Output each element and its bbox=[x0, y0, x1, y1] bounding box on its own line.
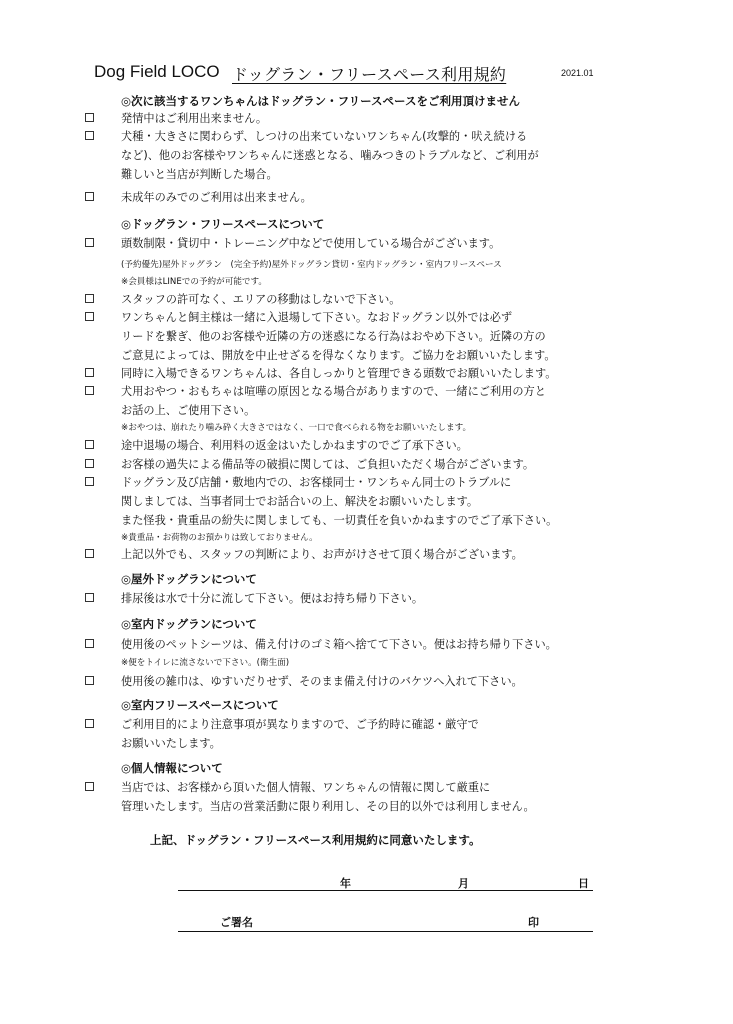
term-text: ご利用目的により注意事項が異なりますので、ご予約時に確認・厳守で bbox=[121, 716, 479, 732]
term-text: ご意見によっては、開放を中止せざるを得なくなります。ご協力をお願いいたします。 bbox=[121, 347, 556, 363]
term-text: 発情中はご利用出来ません。 bbox=[121, 110, 267, 126]
seal-label: 印 bbox=[528, 914, 539, 930]
signature-label: ご署名 bbox=[220, 914, 253, 930]
checkbox[interactable] bbox=[85, 593, 94, 602]
date-line bbox=[178, 890, 593, 891]
revision-date: 2021.01 bbox=[561, 68, 594, 78]
term-text: リードを繋ぎ、他のお客様や近隣の方の迷惑になる行為はおやめ下さい。近隣の方の bbox=[121, 328, 546, 344]
term-text: 関しましては、当事者同士でお話合いの上、解決をお願いいたします。 bbox=[121, 493, 478, 509]
checkbox[interactable] bbox=[85, 440, 94, 449]
term-text: 同時に入場できるワンちゃんは、各自しっかりと管理できる頭数でお願いいたします。 bbox=[121, 365, 556, 381]
term-text: ワンちゃんと飼主様は一緒に入退場して下さい。なおドッグラン以外では必ず bbox=[121, 309, 512, 325]
term-text: お願いいたします。 bbox=[121, 735, 221, 751]
term-text: また怪我・貴重品の紛失に関しましても、一切責任を負いかねますのでご了承下さい。 bbox=[121, 512, 557, 528]
signature-line bbox=[178, 931, 593, 932]
month-label: 月 bbox=[458, 875, 469, 891]
term-text: など)、他のお客様やワンちゃんに迷惑となる、噛みつきのトラブルなど、ご利用が bbox=[121, 147, 539, 163]
document-title: ドッグラン・フリースペース利用規約 bbox=[232, 62, 506, 85]
term-text: 未成年のみでのご利用は出来ません。 bbox=[121, 189, 312, 205]
checkbox[interactable] bbox=[85, 676, 94, 685]
term-text: 使用後のペットシーツは、備え付けのゴミ箱へ捨てて下さい。便はお持ち帰り下さい。 bbox=[121, 636, 557, 652]
section-heading: ◎個人情報について bbox=[121, 760, 223, 776]
year-label: 年 bbox=[340, 875, 351, 891]
section-heading: ◎ドッグラン・フリースペースについて bbox=[121, 216, 324, 232]
term-note: (予約優先)屋外ドッグラン (完全予約)屋外ドッグラン貸切・室内ドッグラン・室内… bbox=[121, 258, 502, 270]
term-text: 使用後の雑巾は、ゆすいだりせず、そのまま備え付けのバケツへ入れて下さい。 bbox=[121, 673, 523, 689]
checkbox[interactable] bbox=[85, 312, 94, 321]
term-text: 排尿後は水で十分に流して下さい。便はお持ち帰り下さい。 bbox=[121, 590, 423, 606]
checkbox[interactable] bbox=[85, 459, 94, 468]
term-text: 犬用おやつ・おもちゃは喧嘩の原因となる場合がありますので、一緒にご利用の方と bbox=[121, 383, 546, 399]
checkbox[interactable] bbox=[85, 368, 94, 377]
term-text: 犬種・大きさに関わらず、しつけの出来ていないワンちゃん(攻撃的・吠え続ける bbox=[121, 128, 527, 144]
term-text: 上記以外でも、スタッフの判断により、お声がけさせて頂く場合がございます。 bbox=[121, 546, 523, 562]
checkbox[interactable] bbox=[85, 386, 94, 395]
section-heading: ◎次に該当するワンちゃんはドッグラン・フリースペースをご利用頂けません bbox=[121, 93, 520, 109]
checkbox[interactable] bbox=[85, 719, 94, 728]
checkbox[interactable] bbox=[85, 131, 94, 140]
checkbox[interactable] bbox=[85, 639, 94, 648]
checkbox[interactable] bbox=[85, 782, 94, 791]
term-note: ※便をトイレに流さないで下さい。(衛生面) bbox=[121, 656, 289, 668]
term-note: ※会員様はLINEでの予約が可能です。 bbox=[121, 275, 267, 287]
section-heading: ◎屋外ドッグランについて bbox=[121, 571, 257, 587]
term-text: 途中退場の場合、利用料の返金はいたしかねますのでご了承下さい。 bbox=[121, 437, 468, 453]
term-text: お話の上、ご使用下さい。 bbox=[121, 402, 255, 418]
agreement-statement: 上記、ドッグラン・フリースペース利用規約に同意いたします。 bbox=[150, 832, 481, 848]
section-heading: ◎室内フリースペースについて bbox=[121, 697, 279, 713]
checkbox[interactable] bbox=[85, 192, 94, 201]
term-note: ※おやつは、崩れたり噛み砕く大きさではなく、一口で食べられる物をお願いいたします… bbox=[121, 421, 471, 433]
term-text: 頭数制限・貸切中・トレーニング中などで使用している場合がございます。 bbox=[121, 235, 500, 251]
term-text: ドッグラン及び店舗・敷地内での、お客様同士・ワンちゃん同士のトラブルに bbox=[121, 474, 511, 490]
checkbox[interactable] bbox=[85, 477, 94, 486]
checkbox[interactable] bbox=[85, 113, 94, 122]
term-note: ※貴重品・お荷物のお預かりは致しておりません。 bbox=[121, 531, 318, 543]
term-text: 難しいと当店が判断した場合。 bbox=[121, 166, 278, 182]
checkbox[interactable] bbox=[85, 294, 94, 303]
term-text: 当店では、お客様から頂いた個人情報、ワンちゃんの情報に関して厳重に bbox=[121, 779, 490, 795]
section-heading: ◎室内ドッグランについて bbox=[121, 616, 257, 632]
checkbox[interactable] bbox=[85, 238, 94, 247]
day-label: 日 bbox=[578, 875, 589, 891]
term-text: スタッフの許可なく、エリアの移動はしないで下さい。 bbox=[121, 291, 400, 307]
term-text: お客様の過失による備品等の破損に関しては、ご負担いただく場合がございます。 bbox=[121, 456, 534, 472]
term-text: 管理いたします。当店の営業活動に限り利用し、その目的以外では利用しません。 bbox=[121, 798, 535, 814]
checkbox[interactable] bbox=[85, 549, 94, 558]
brand-name: Dog Field LOCO bbox=[94, 62, 220, 82]
